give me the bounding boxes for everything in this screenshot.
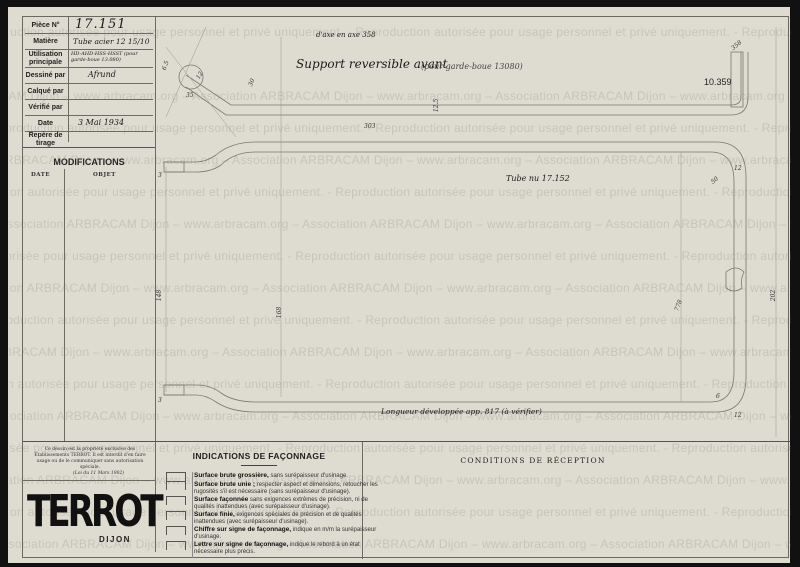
field-label: Date: [23, 120, 68, 128]
indication-item: Surface brute unie ; respecter aspect et…: [194, 481, 384, 496]
column-date: DATE: [31, 172, 50, 178]
dim-label: 12.5: [433, 99, 440, 112]
surface-symbol-icon: [166, 511, 186, 520]
surface-symbol-icon: [166, 496, 186, 505]
field-date: Date 3 Mai 1934: [23, 115, 155, 131]
field-drawn-by: Dessiné par Afrund: [23, 67, 155, 83]
material-value: Tube acier 12 15/10: [73, 37, 149, 46]
field-print-ref: Repère de tirage: [23, 131, 155, 147]
field-label: Calqué par: [23, 88, 68, 96]
field-label: Utilisation principale: [23, 51, 68, 67]
drawing-subtitle: (pour garde-boue 13080): [421, 62, 523, 71]
dim-label: 3: [158, 172, 162, 179]
surface-symbol-icon: [166, 472, 186, 481]
dim-label: 3: [158, 397, 162, 404]
indication-item: Lettre sur signe de façonnage, indique l…: [194, 541, 384, 556]
field-label: Vérifié par: [23, 104, 68, 112]
date-value: 3 Mai 1934: [78, 118, 124, 127]
drawing-frame: Pièce N° 17.151 Matière Tube acier 12 15…: [22, 16, 789, 558]
indications-block: INDICATIONS DE FAÇONNAGE Surface brute g…: [156, 442, 362, 559]
drawn-by-value: Afrund: [88, 70, 116, 79]
reception-block: CONDITIONS DE RÉCEPTION: [363, 442, 789, 559]
dim-label: 12: [734, 165, 742, 172]
dim-label: 6: [716, 393, 720, 400]
dim-label: 303: [364, 123, 375, 130]
copyright-block: Ce dessin est la propriété exclusive des…: [23, 442, 155, 559]
modifications-block: MODIFICATIONS DATE OBJET: [23, 147, 155, 447]
field-label: Repère de tirage: [23, 132, 68, 148]
dim-label: 148: [156, 290, 163, 301]
piece-number-value: 17.151: [75, 17, 127, 32]
indication-item: Surface brute grossière, sans surépaisse…: [194, 472, 384, 480]
dim-label: 35: [186, 92, 194, 99]
field-piece-number: Pièce N° 17.151: [23, 17, 155, 33]
field-checked-by: Vérifié par: [23, 99, 155, 115]
field-label: Dessiné par: [23, 72, 68, 80]
dim-label: 12: [734, 412, 742, 419]
indication-item: Surface finie, exigences spéciales de pr…: [194, 511, 384, 526]
field-usage: Utilisation principale HD-AHD-HSS-HSST (…: [23, 49, 155, 67]
field-material: Matière Tube acier 12 15/10: [23, 33, 155, 49]
indications-title: INDICATIONS DE FAÇONNAGE: [156, 451, 362, 461]
column-objet: OBJET: [93, 172, 116, 178]
indication-item: Surface façonnée sans exigences extrêmes…: [194, 496, 384, 511]
indication-item: Chiffre sur signe de façonnage, indique …: [194, 526, 384, 541]
logo-brand: TERROT: [27, 487, 161, 537]
dim-label: 202: [770, 290, 777, 301]
developed-length-note: Longueur développée app. 817 (à vérifier…: [381, 407, 542, 416]
inner-tube-reference: Tube nu 17.152: [506, 174, 570, 183]
modifications-title: MODIFICATIONS: [23, 157, 155, 167]
field-traced-by: Calqué par: [23, 83, 155, 99]
field-label: Pièce N°: [23, 22, 68, 30]
usage-value: HD-AHD-HSS-HSST (pour garde-boue 13.080): [71, 51, 155, 63]
field-label: Matière: [23, 38, 68, 46]
logo-city: DIJON: [99, 535, 131, 544]
reception-title: CONDITIONS DE RÉCEPTION: [363, 456, 703, 465]
dim-label: 168: [276, 307, 283, 318]
surface-symbol-icon: [166, 526, 186, 535]
drawing-area: d'axe en axe 358 Support reversible avan…: [156, 17, 789, 441]
part-reference: 10.359: [704, 77, 732, 87]
drawing-sheet: Pièce N° 17.151 Matière Tube acier 12 15…: [8, 7, 790, 563]
copyright-law: (Loi du 11 Mars 1902): [73, 471, 124, 476]
title-block: Pièce N° 17.151 Matière Tube acier 12 15…: [23, 17, 155, 142]
copyright-text: Ce dessin est la propriété exclusive des…: [29, 447, 151, 471]
surface-symbol-icon: [166, 481, 186, 490]
terrot-logo: TERROT DIJON: [23, 487, 155, 547]
axis-note: d'axe en axe 358: [316, 31, 376, 39]
surface-symbol-icon: [166, 541, 186, 550]
